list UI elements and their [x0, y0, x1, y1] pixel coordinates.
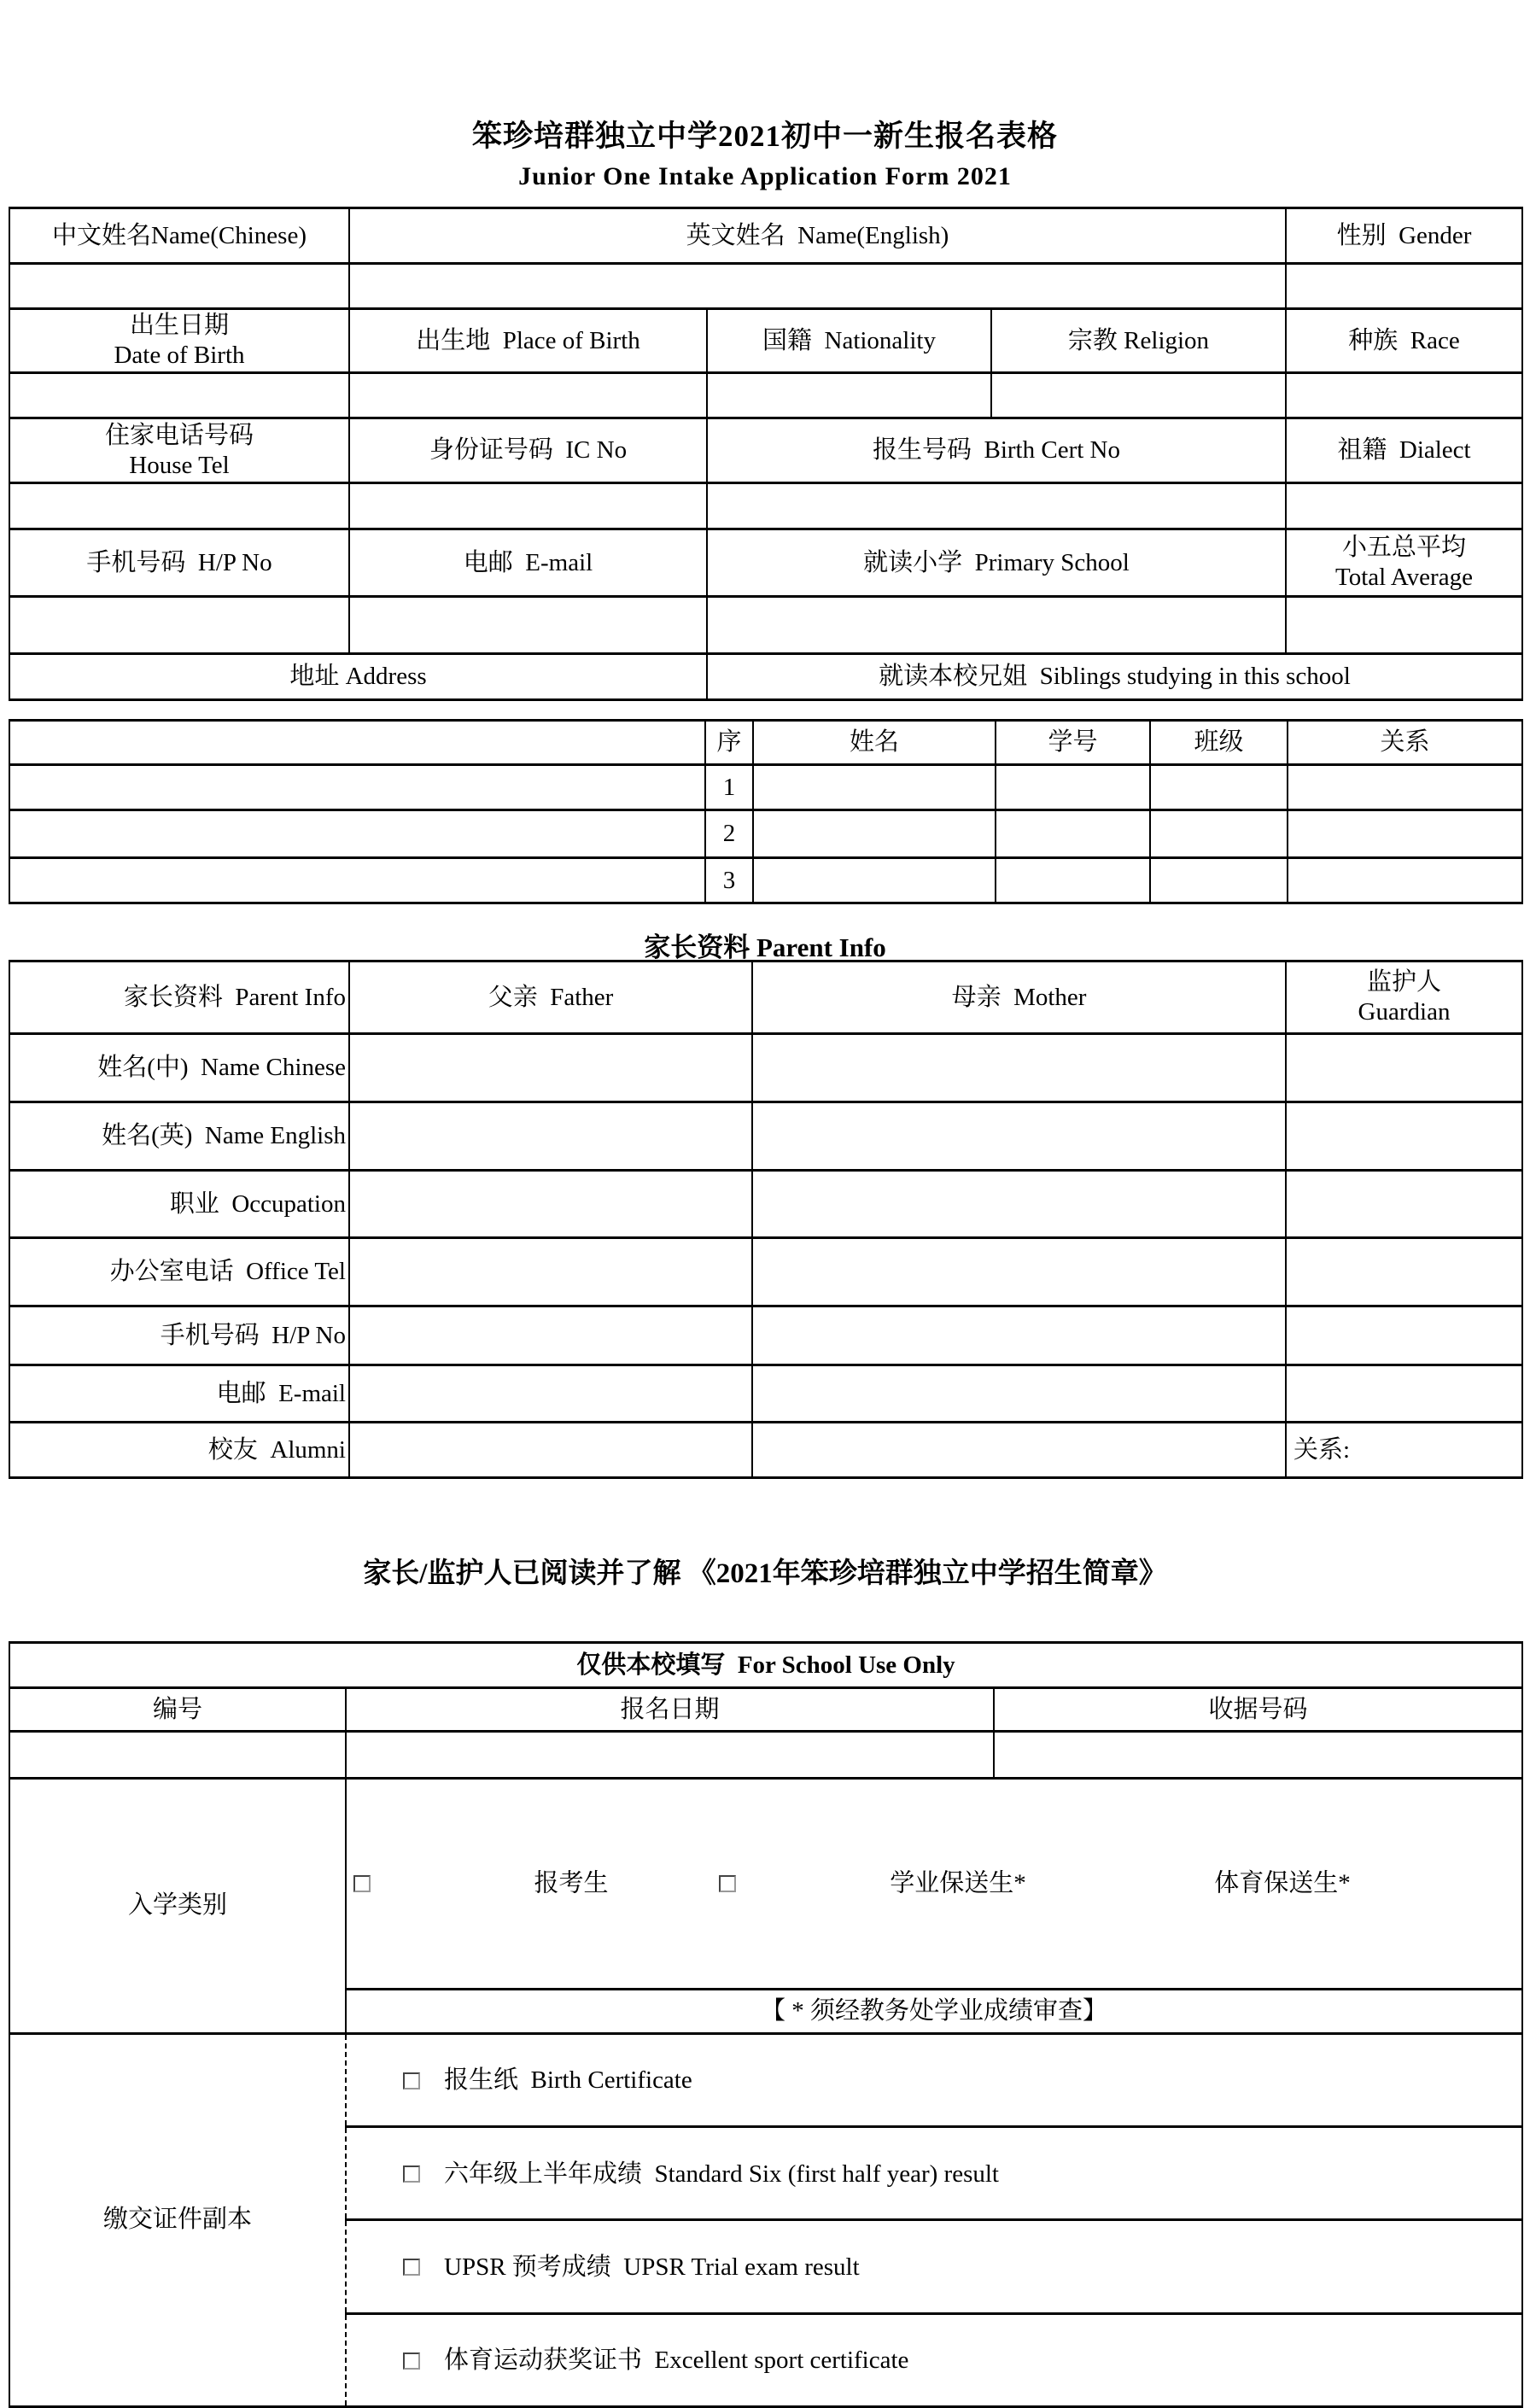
address-siblings-table: 序 姓名 学号 班级 关系 1 2 3	[9, 719, 1523, 904]
upsr-trial-result-checkbox[interactable]	[403, 2259, 420, 2276]
label-total-average: 小五总平均 Total Average	[1286, 529, 1522, 597]
school-use-title: 仅供本校填写 For School Use Only	[9, 1643, 1522, 1688]
label-parent-email: 电邮 E-mail	[9, 1365, 349, 1423]
nationality-input[interactable]	[707, 373, 991, 418]
address-line-input[interactable]	[9, 810, 705, 858]
mother-occupation-input[interactable]	[752, 1171, 1286, 1238]
father-email-input[interactable]	[349, 1365, 752, 1423]
mother-name-english-input[interactable]	[752, 1102, 1286, 1171]
label-gender: 性别 Gender	[1286, 208, 1522, 264]
mother-email-input[interactable]	[752, 1365, 1286, 1423]
sibling-relation-input[interactable]	[1288, 765, 1522, 810]
father-hp-no-input[interactable]	[349, 1306, 752, 1365]
sibling-col-name: 姓名	[753, 721, 996, 765]
sibling-relation-input[interactable]	[1288, 810, 1522, 858]
parent-header-mother: 母亲 Mother	[752, 961, 1286, 1034]
form-title-english: Junior One Intake Application Form 2021	[0, 162, 1530, 191]
label-hp-no: 手机号码 H/P No	[9, 529, 349, 597]
mother-name-chinese-input[interactable]	[752, 1034, 1286, 1102]
label-application-date: 报名日期	[346, 1688, 994, 1732]
document-item: 体育运动获奖证书 Excellent sport certificate	[346, 2313, 1522, 2406]
sibling-col-relation: 关系	[1288, 721, 1522, 765]
guardian-hp-no-input[interactable]	[1286, 1306, 1522, 1365]
label-race: 种族 Race	[1286, 309, 1522, 373]
document-item: 报生纸 Birth Certificate	[346, 2033, 1522, 2126]
label-religion: 宗教 Religion	[991, 309, 1286, 373]
label-parent-hp-no: 手机号码 H/P No	[9, 1306, 349, 1365]
application-form-page: 笨珍培群独立中学2021初中一新生报名表格 Junior One Intake …	[0, 0, 1530, 2186]
parent-header-father: 父亲 Father	[349, 961, 752, 1034]
document-item-label: 六年级上半年成绩 Standard Six (first half year) …	[444, 2160, 999, 2188]
label-parent-name-english: 姓名(英) Name English	[9, 1102, 349, 1171]
student-info-table: 中文姓名Name(Chinese) 英文姓名 Name(English) 性别 …	[9, 207, 1523, 701]
address-line-input[interactable]	[9, 765, 705, 810]
parent-header-label: 家长资料 Parent Info	[9, 961, 349, 1034]
sibling-row-number: 1	[705, 765, 753, 810]
label-parent-name-chinese: 姓名(中) Name Chinese	[9, 1034, 349, 1102]
mother-alumni-input[interactable]	[752, 1423, 1286, 1478]
sibling-student-no-input[interactable]	[996, 810, 1150, 858]
option-sport-recommended: 体育保送生*	[1197, 1868, 1368, 1898]
label-dialect: 祖籍 Dialect	[1286, 418, 1522, 483]
birth-cert-no-input[interactable]	[707, 483, 1286, 529]
label-birth-cert-no: 报生号码 Birth Cert No	[707, 418, 1286, 483]
receipt-no-input[interactable]	[994, 1732, 1522, 1779]
label-date-of-birth: 出生日期 Date of Birth	[9, 309, 349, 373]
label-name-chinese: 中文姓名Name(Chinese)	[9, 208, 349, 264]
sibling-col-seq: 序	[705, 721, 753, 765]
name-english-input[interactable]	[349, 264, 1286, 309]
document-item: 六年级上半年成绩 Standard Six (first half year) …	[346, 2126, 1522, 2219]
sport-certificate-checkbox[interactable]	[403, 2352, 420, 2370]
sibling-relation-input[interactable]	[1288, 858, 1522, 903]
sibling-name-input[interactable]	[753, 810, 996, 858]
standard-six-result-checkbox[interactable]	[403, 2165, 420, 2183]
label-documents-submitted: 缴交证件副本	[9, 2033, 346, 2406]
academic-recommended-checkbox[interactable]	[719, 1875, 736, 1892]
label-parent-occupation: 职业 Occupation	[9, 1171, 349, 1238]
parent-info-section-title: 家长资料 Parent Info	[0, 926, 1530, 964]
admission-category-options: 报考生 学业保送生* 体育保送生*	[346, 1779, 1522, 1990]
address-line-input[interactable]	[9, 721, 705, 765]
guardian-name-chinese-input[interactable]	[1286, 1034, 1522, 1102]
document-item-label: 报生纸 Birth Certificate	[444, 2066, 692, 2094]
sibling-row-number: 3	[705, 858, 753, 903]
gender-input[interactable]	[1286, 264, 1522, 309]
label-serial-no: 编号	[9, 1688, 346, 1732]
sibling-class-input[interactable]	[1150, 810, 1288, 858]
guardian-email-input[interactable]	[1286, 1365, 1522, 1423]
name-chinese-input[interactable]	[9, 264, 349, 309]
sibling-student-no-input[interactable]	[996, 858, 1150, 903]
sibling-row-number: 2	[705, 810, 753, 858]
email-input[interactable]	[349, 597, 707, 654]
guardian-occupation-input[interactable]	[1286, 1171, 1522, 1238]
house-tel-input[interactable]	[9, 483, 349, 529]
sibling-name-input[interactable]	[753, 858, 996, 903]
place-of-birth-input[interactable]	[349, 373, 707, 418]
total-average-input[interactable]	[1286, 597, 1522, 654]
label-primary-school: 就读小学 Primary School	[707, 529, 1286, 597]
parent-header-guardian: 监护人 Guardian	[1286, 961, 1522, 1034]
birth-certificate-checkbox[interactable]	[403, 2072, 420, 2089]
parent-info-table: 家长资料 Parent Info 父亲 Father 母亲 Mother 监护人…	[9, 960, 1523, 1479]
address-line-input[interactable]	[9, 858, 705, 903]
label-nationality: 国籍 Nationality	[707, 309, 991, 373]
sibling-student-no-input[interactable]	[996, 765, 1150, 810]
admission-category-note: 【 * 须经教务处学业成绩审查】	[346, 1989, 1522, 2033]
sibling-class-input[interactable]	[1150, 765, 1288, 810]
primary-school-input[interactable]	[707, 597, 1286, 654]
label-address: 地址 Address	[9, 654, 707, 700]
label-place-of-birth: 出生地 Place of Birth	[349, 309, 707, 373]
sibling-col-class: 班级	[1150, 721, 1288, 765]
mother-office-tel-input[interactable]	[752, 1238, 1286, 1306]
guardian-name-english-input[interactable]	[1286, 1102, 1522, 1171]
father-occupation-input[interactable]	[349, 1171, 752, 1238]
declaration-statement: 家长/监护人已阅读并了解 《2021年笨珍培群独立中学招生简章》	[0, 1551, 1530, 1591]
hp-no-input[interactable]	[9, 597, 349, 654]
label-house-tel: 住家电话号码 House Tel	[9, 418, 349, 483]
sibling-name-input[interactable]	[753, 765, 996, 810]
mother-hp-no-input[interactable]	[752, 1306, 1286, 1365]
sibling-class-input[interactable]	[1150, 858, 1288, 903]
label-admission-category: 入学类别	[9, 1779, 346, 2034]
father-name-chinese-input[interactable]	[349, 1034, 752, 1102]
document-item-label: UPSR 预考成绩 UPSR Trial exam result	[444, 2253, 860, 2281]
school-use-table: 仅供本校填写 For School Use Only 编号 报名日期 收据号码 …	[9, 1641, 1523, 2408]
sibling-col-student-no: 学号	[996, 721, 1150, 765]
label-siblings: 就读本校兄姐 Siblings studying in this school	[707, 654, 1522, 700]
document-item-label: 体育运动获奖证书 Excellent sport certificate	[444, 2347, 908, 2374]
ic-no-input[interactable]	[349, 483, 707, 529]
dialect-input[interactable]	[1286, 483, 1522, 529]
label-email: 电邮 E-mail	[349, 529, 707, 597]
father-alumni-input[interactable]	[349, 1423, 752, 1478]
father-office-tel-input[interactable]	[349, 1238, 752, 1306]
label-parent-office-tel: 办公室电话 Office Tel	[9, 1238, 349, 1306]
label-receipt-no: 收据号码	[994, 1688, 1522, 1732]
date-of-birth-input[interactable]	[9, 373, 349, 418]
application-date-input[interactable]	[346, 1732, 994, 1779]
label-name-english: 英文姓名 Name(English)	[349, 208, 1286, 264]
religion-input[interactable]	[991, 373, 1286, 418]
option-applicant: 报考生	[486, 1868, 657, 1898]
document-item: UPSR 预考成绩 UPSR Trial exam result	[346, 2220, 1522, 2313]
label-parent-alumni: 校友 Alumni	[9, 1423, 349, 1478]
label-ic-no: 身份证号码 IC No	[349, 418, 707, 483]
form-title-chinese: 笨珍培群独立中学2021初中一新生报名表格	[0, 113, 1530, 155]
race-input[interactable]	[1286, 373, 1522, 418]
father-name-english-input[interactable]	[349, 1102, 752, 1171]
guardian-office-tel-input[interactable]	[1286, 1238, 1522, 1306]
applicant-checkbox[interactable]	[353, 1875, 371, 1892]
option-academic-recommended: 学业保送生*	[873, 1868, 1043, 1898]
guardian-relation-label: 关系:	[1286, 1423, 1522, 1478]
serial-no-input[interactable]	[9, 1732, 346, 1779]
